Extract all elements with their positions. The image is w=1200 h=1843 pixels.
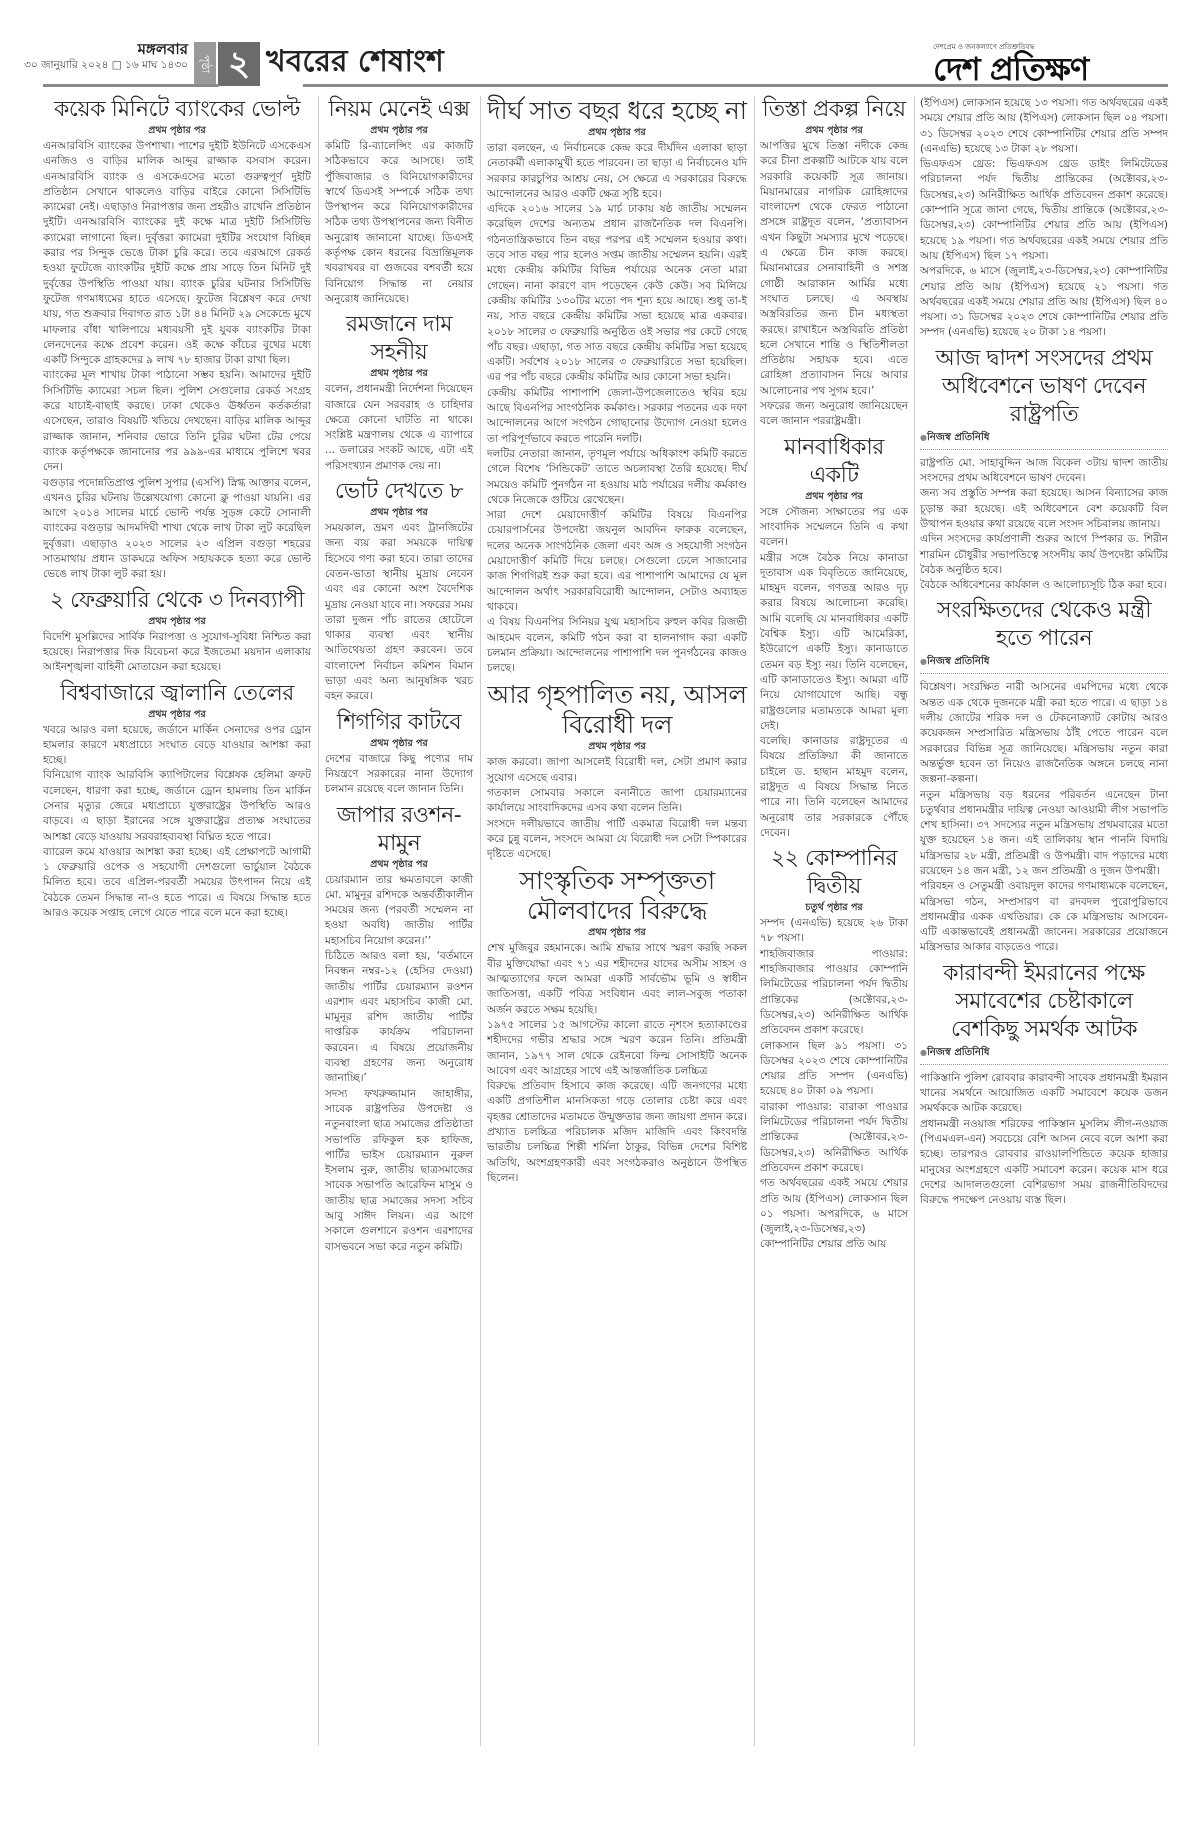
headline: নিয়ম মেনেই এক্স (325, 96, 473, 124)
paragraph: সম্পদ (এনএভি) হয়েছে ২৬ টাকা ৭৮ পয়সা। (760, 916, 908, 947)
paragraph: বৈঠকে অধিবেশনের কার্যকাল ও আলোচ্যসূচি ঠি… (920, 578, 1168, 593)
headline: আর গৃহপালিত নয়, আসল বিরোধী দল (487, 680, 747, 740)
headline: ভোট দেখতে ৮ (325, 478, 473, 506)
continued-from: প্রথম পৃষ্ঠার পর (325, 506, 473, 519)
brand-name: দেশ প্রতিক্ষণ (933, 52, 1166, 86)
paragraph: আপত্তির মুখে তিস্তা নদীকে কেন্দ্র করে চী… (760, 139, 908, 399)
article-oil-market: বিশ্ববাজারে জ্বালানি তেলের প্রথম পৃষ্ঠার… (43, 680, 311, 922)
paragraph: গতকাল সোমবার সকালে বনানীতে জাপা চেয়ারম্… (487, 786, 747, 817)
paragraph: দলটির নেতারা জানান, তৃণমূল পর্যায়ে অধিক… (487, 447, 747, 508)
headline: রমজানে দাম সহনীয় (325, 311, 473, 367)
article-teesta-project: তিস্তা প্রকল্প নিয়ে প্রথম পৃষ্ঠার পর আপ… (760, 96, 908, 430)
section-title: খবরের শেষাংশ (266, 40, 444, 84)
article-real-opposition: আর গৃহপালিত নয়, আসল বিরোধী দল প্রথম পৃষ… (487, 680, 747, 862)
headline: সাংস্কৃতিক সম্পৃক্ততা মৌলবাদের বিরুদ্ধে (487, 866, 747, 926)
paragraph: শেখ মুজিবুর রহমানকে। আমি শ্রদ্ধার সাথে স… (487, 941, 747, 1017)
continued-from: প্রথম পৃষ্ঠার পর (760, 490, 908, 503)
paragraph: খবরে আরও বলা হয়েছে, জর্ডানে মার্কিন সেন… (43, 723, 311, 769)
paragraph: বিদেশি মুসল্লিদের সার্বিক নিরাপত্তা ও সু… (43, 630, 311, 676)
article-cultural-engagement: সাংস্কৃতিক সম্পৃক্ততা মৌলবাদের বিরুদ্ধে … (487, 866, 747, 1186)
column-divider (480, 96, 481, 1746)
headline: জাপার রওশন-মামুন (325, 802, 473, 858)
paragraph: দেশের বাজারে কিছু পণ্যের দাম নিয়ন্ত্রণে… (325, 752, 473, 798)
paragraph: বগুড়ার পদোন্নতিপ্রাপ্ত পুলিশ সুপার (এসপ… (43, 476, 311, 583)
dateline: ৩০ জানুয়ারি ২০২৪ □ ১৬ মাঘ ১৪৩০ (24, 58, 188, 72)
article-president-speech: আজ দ্বাদশ সংসদের প্রথম অধিবেশনে ভাষণ দেব… (920, 345, 1168, 594)
headline: ২ ফেব্রুয়ারি থেকে ৩ দিনব্যাপী (43, 587, 311, 615)
paragraph: চেয়ারম্যান তার ক্ষমতাবলে কাজী মো. মামুন… (325, 873, 473, 949)
paragraph: লোকসান ছিল ৯১ পয়সা। ৩১ ডিসেম্বর ২০২৩ শে… (760, 1039, 908, 1100)
continued-from: প্রথম পৃষ্ঠার পর (325, 367, 473, 380)
continued-from: প্রথম পৃষ্ঠার পর (487, 126, 747, 139)
article-ijtema: ২ ফেব্রুয়ারি থেকে ৩ দিনব্যাপী প্রথম পৃষ… (43, 587, 311, 676)
headline: সংরক্ষিতদের থেকেও মন্ত্রী হতে পারেন (920, 597, 1168, 653)
paragraph: পরিবহন ও সেতুমন্ত্রী ওবায়দুল কাদের গণমা… (920, 879, 1168, 955)
continued-from: প্রথম পৃষ্ঠার পর (325, 124, 473, 137)
article-japa-rowshan: জাপার রওশন-মামুন প্রথম পৃষ্ঠার পর চেয়ার… (325, 802, 473, 1255)
paragraph: ১৯৭৫ সালের ১৫ আগস্টের কালো রাতে নৃশংস হত… (487, 1018, 747, 1079)
paragraph: বলেন, প্রধানমন্ত্রী নির্দেশনা দিয়েছেন ব… (325, 382, 473, 474)
continued-from: প্রথম পৃষ্ঠার পর (43, 124, 311, 137)
paragraph: রাষ্ট্রপতি মো. সাহাবুদ্দিন আজ বিকেল ৩টায… (920, 456, 1168, 487)
paragraph: ব্যারেল কমে যাওয়ার আশঙ্কা করা হচ্ছে। এই… (43, 845, 311, 921)
article-election-observers: ভোট দেখতে ৮ প্রথম পৃষ্ঠার পর সময়কাল, ভ্… (325, 478, 473, 705)
weekday: মঙ্গলবার (24, 40, 188, 58)
column-divider (754, 96, 755, 1746)
paragraph: অপরদিকে, ৬ মাসে (জুলাই,২৩-ডিসেম্বর,২৩) ক… (920, 264, 1168, 340)
paragraph: সারা দেশে মেয়াদোত্তীর্ণ কমিটির বিষয়ে ব… (487, 508, 747, 615)
paragraph: কাজ করবো। জাপা আসলেই বিরোধী দল, সেটা প্র… (487, 755, 747, 786)
paragraph: বারাকা পাওয়ার: বারাকা পাওয়ার লিমিটেডের… (760, 1100, 908, 1176)
paragraph: নতুন মন্ত্রিসভায় বড় ধরনের পরিবর্তন এনে… (920, 788, 1168, 880)
header-rule-right (303, 84, 1168, 87)
paragraph: সংসদে দলীয়ভাবে জাতীয় পার্টি একমাত্র বি… (487, 817, 747, 863)
headline: ২২ কোম্পানির দ্বিতীয় (760, 845, 908, 901)
headline: তিস্তা প্রকল্প নিয়ে (760, 96, 908, 124)
paragraph: বিশ্লেষণ। সংরক্ষিত নারী আসনের এমপিদের মধ… (920, 680, 1168, 787)
byline: নিজস্ব প্রতিনিধি (920, 431, 1168, 450)
headline: আজ দ্বাদশ সংসদের প্রথম অধিবেশনে ভাষণ দেব… (920, 345, 1168, 429)
continued-from: প্রথম পৃষ্ঠার পর (487, 740, 747, 753)
continued-from: চতুর্থ পৃষ্ঠার পর (760, 901, 908, 914)
paragraph: ভিএফএস থ্রেড: ভিএফএস থ্রেড ডাইং লিমিটেডে… (920, 157, 1168, 264)
page-label: পৃষ্ঠা (194, 42, 216, 86)
continued-from: প্রথম পৃষ্ঠার পর (325, 858, 473, 871)
paragraph: এনআরবিসি ব্যাংকের উপশাখা। পাশের দুইটি ইউ… (43, 139, 311, 368)
column-1: কয়েক মিনিটে ব্যাংকের ভোল্ট প্রথম পৃষ্ঠা… (43, 96, 311, 925)
article-bank-vault: কয়েক মিনিটে ব্যাংকের ভোল্ট প্রথম পৃষ্ঠা… (43, 96, 311, 583)
headline: শিগগির কাটবে (325, 709, 473, 737)
column-5: (ইপিএস) লোকসান হয়েছে ১৩ পয়সা। গত অর্থব… (920, 96, 1168, 1212)
article-reserved-ministers: সংরক্ষিতদের থেকেও মন্ত্রী হতে পারেন নিজস… (920, 597, 1168, 955)
article-dse: নিয়ম মেনেই এক্স প্রথম পৃষ্ঠার পর কমিটি … (325, 96, 473, 307)
headline: কয়েক মিনিটে ব্যাংকের ভোল্ট (43, 96, 311, 124)
continued-from: প্রথম পৃষ্ঠার পর (43, 615, 311, 628)
paragraph: কেন্দ্রীয় কমিটির পাশাপাশি জেলা-উপজেলাতে… (487, 386, 747, 447)
header-rule-left (43, 84, 219, 87)
paragraph: বলেছি। কানাডার রাষ্ট্রদূতের এ বিষয়ে প্র… (760, 734, 908, 841)
article-22-companies: ২২ কোম্পানির দ্বিতীয় চতুর্থ পৃষ্ঠার পর … (760, 845, 908, 1253)
paragraph: সদস্য ফখরুজ্জামান জাহাঙ্গীর, সাবেক রাষ্ট… (325, 1087, 473, 1255)
paragraph: এদিকে ২০১৬ সালের ১৯ মার্চ ঢাকায় ষষ্ঠ জা… (487, 202, 747, 386)
article-ramadan-prices: রমজানে দাম সহনীয় প্রথম পৃষ্ঠার পর বলেন,… (325, 311, 473, 474)
paragraph: সময়কাল, ভ্রমণ এবং ট্রানজিটের জন্য ব্যয়… (325, 521, 473, 705)
continued-from: প্রথম পৃষ্ঠার পর (760, 124, 908, 137)
paragraph: বিনিয়োগ ব্যাংক আরবিসি ক্যাপিটালের বিশ্ল… (43, 768, 311, 844)
column-divider (318, 96, 319, 1746)
paragraph: তারা বলছেন, এ নির্বাচনকে কেন্দ্র করে দীর… (487, 141, 747, 202)
paragraph: এ বিষয় বিএনপির সিনিয়র যুগ্ম মহাসচিব রু… (487, 615, 747, 676)
article-soon-over: শিগগির কাটবে প্রথম পৃষ্ঠার পর দেশের বাজা… (325, 709, 473, 798)
paragraph: কমিটি রি-ব্যালেন্সিং এর কাজটি সঠিকভাবে ক… (325, 139, 473, 307)
column-4: তিস্তা প্রকল্প নিয়ে প্রথম পৃষ্ঠার পর আপ… (760, 96, 908, 1257)
article-imran-supporters: কারাবন্দী ইমরানের পক্ষে সমাবেশের চেষ্টাক… (920, 960, 1168, 1209)
continued-from: প্রথম পৃষ্ঠার পর (325, 737, 473, 750)
paragraph: (ইপিএস) লোকসান হয়েছে ১৩ পয়সা। গত অর্থব… (920, 96, 1168, 157)
headline: দীর্ঘ সাত বছর ধরে হচ্ছে না (487, 96, 747, 126)
paragraph: মন্ত্রীর সঙ্গে বৈঠক নিয়ে কানাডা দূতাবাস… (760, 551, 908, 735)
date-block: মঙ্গলবার ৩০ জানুয়ারি ২০২৪ □ ১৬ মাঘ ১৪৩০ (24, 40, 188, 72)
paragraph: চিঠিতে আরও বলা হয়, ‘বর্তমানে নিবন্ধন নম… (325, 949, 473, 1087)
headline: মানবাধিকার একটি (760, 434, 908, 490)
headline: কারাবন্দী ইমরানের পক্ষে সমাবেশের চেষ্টাক… (920, 960, 1168, 1044)
continued-from: প্রথম পৃষ্ঠার পর (487, 926, 747, 939)
column-3: দীর্ঘ সাত বছর ধরে হচ্ছে না প্রথম পৃষ্ঠার… (487, 96, 747, 1190)
masthead: মঙ্গলবার ৩০ জানুয়ারি ২০২৪ □ ১৬ মাঘ ১৪৩০… (0, 0, 1200, 80)
paragraph: গত অর্থবছরের একই সময়ে শেয়ার প্রতি আয় … (760, 1176, 908, 1252)
column-divider (914, 96, 915, 1746)
paragraph: এদিন সংসদের কার্যপ্রণালী শুরুর আগে স্পিক… (920, 532, 1168, 578)
paragraph: সফরের জন্য অনুরোধ জানিয়েছেন বলে জানান প… (760, 399, 908, 430)
byline: নিজস্ব প্রতিনিধি (920, 655, 1168, 674)
article-human-rights: মানবাধিকার একটি প্রথম পৃষ্ঠার পর সঙ্গে স… (760, 434, 908, 842)
column-2: নিয়ম মেনেই এক্স প্রথম পৃষ্ঠার পর কমিটি … (325, 96, 473, 1259)
paragraph: শাহজিবাজার পাওয়ার: শাহজিবাজার পাওয়ার ক… (760, 947, 908, 1039)
article-company-earnings: (ইপিএস) লোকসান হয়েছে ১৩ পয়সা। গত অর্থব… (920, 96, 1168, 341)
page-number: ২ (218, 42, 260, 86)
paragraph: প্রধানমন্ত্রী নওয়াজ শরিফের পাকিস্তান মু… (920, 1117, 1168, 1209)
paragraph: পাকিস্তানি পুলিশ রোববার কারাবন্দী সাবেক … (920, 1071, 1168, 1117)
byline: নিজস্ব প্রতিনিধি (920, 1046, 1168, 1065)
paragraph: জন্য সব প্রস্তুতি সম্পন্ন করা হয়েছে। আস… (920, 486, 1168, 532)
newspaper-logo: দেশপ্রেম ও জনকল্যাণে প্রতিশ্রুতিবদ্ধ দেশ… (933, 42, 1166, 86)
headline: বিশ্ববাজারে জ্বালানি তেলের (43, 680, 311, 708)
paragraph: সঙ্গে সৌজন্য সাক্ষাতের পর এক সাংবাদিক সম… (760, 505, 908, 551)
paragraph: ব্যাংকের মূল শাখায় টাকা পাঠানো সম্ভব হয… (43, 368, 311, 475)
article-bnp-council: দীর্ঘ সাত বছর ধরে হচ্ছে না প্রথম পৃষ্ঠার… (487, 96, 747, 676)
paragraph: বিরুদ্ধে প্রতিবাদ হিসাবে কাজ করেছে। এটি … (487, 1079, 747, 1186)
continued-from: প্রথম পৃষ্ঠার পর (43, 708, 311, 721)
